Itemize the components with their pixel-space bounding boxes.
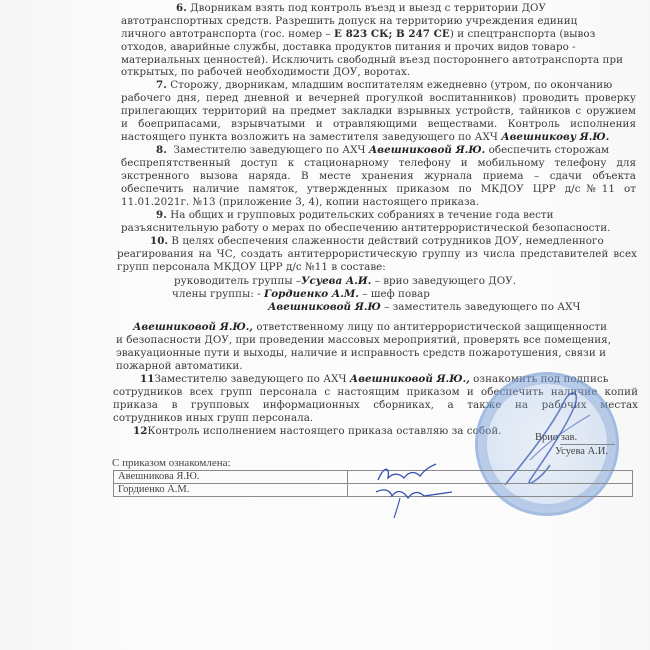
group-member-1: члены группы: - Гордиенко А.М. – шеф пов… — [172, 288, 430, 301]
p11-number: 11 — [140, 373, 154, 385]
p11-line-4: сотрудников иных групп персонала. — [113, 412, 313, 425]
p12-line-1: 12Контроль исполнением настоящего приказ… — [133, 425, 502, 438]
acknowledgement-label: С приказом ознакомлена: — [112, 457, 231, 469]
handwritten-signatures-icon — [370, 462, 460, 522]
p10b-line-1: Авешниковой Я.Ю., ответственному лицу по… — [133, 321, 607, 334]
p7-line-4: и боеприпасами, взрывчатыми и отравляющи… — [121, 118, 636, 131]
signatory-name: Усуева А.И. — [555, 446, 608, 457]
p8-line-2: беспрепятственный доступ к стационарному… — [121, 157, 636, 170]
document-page: 6. Дворникам взять под контроль въезд и … — [0, 0, 650, 650]
p6-line-4: отходов, аварийные службы, доставка прод… — [121, 41, 576, 54]
p7-line-5: настоящего пункта возложить на заместите… — [121, 131, 609, 144]
p8-line-3: экстренного вызова наряда. В месте хране… — [121, 170, 636, 183]
p10b-line-3: эвакуационные пути и выходы, наличие и и… — [116, 347, 606, 360]
p9-line-1: 9. На общих и групповых родительских соб… — [156, 209, 554, 222]
p10b-line-2: и безопасности ДОУ, при проведении массо… — [116, 334, 611, 347]
p7-line-1: 7. Сторожу, дворникам, младшим воспитате… — [156, 79, 612, 92]
p7-line-3: прилегающих территорий на предмет заклад… — [121, 105, 636, 118]
p10-line-1: 10. В целях обеспечения слаженности дейс… — [150, 235, 604, 248]
p10-line-2: реагирования на ЧС, создать антитеррорис… — [117, 248, 637, 261]
p10-line-3: групп персонала МКДОУ ЦРР д/с №11 в сост… — [117, 261, 386, 274]
employee-name: Гордиенко А.М. — [114, 484, 348, 497]
p7-line-2: рабочего дня, перед дневной и вечерней п… — [121, 92, 636, 105]
p8-line-4: обеспечить наличие памяток, утвержденных… — [121, 183, 636, 196]
p9-line-2: разъяснительную работу о мерах по обеспе… — [121, 222, 610, 235]
p9-number: 9. — [156, 209, 167, 221]
signatory-title: Врио зав. — [535, 432, 577, 443]
signature-scribble-icon — [470, 370, 620, 520]
p8-line-5: 11.01.2021г. №13 (приложение 3, 4), копи… — [121, 196, 479, 209]
p6-line-6: открытых, по рабочей необходимости ДОУ, … — [121, 66, 410, 79]
p12-number: 12 — [133, 425, 147, 437]
group-member-2: Авешниковой Я.Ю – заместитель заведующег… — [268, 301, 581, 314]
group-leader: руководитель группы –Усуева А.И. – врио … — [174, 275, 516, 288]
p8-line-1: 8. Заместителю заведующего по АХЧ Авешни… — [156, 144, 609, 157]
responsible-person: Авешникову Я.Ю. — [501, 131, 609, 143]
p6-line-1: 6. Дворникам взять под контроль въезд и … — [176, 2, 546, 15]
p10-number: 10. — [150, 235, 168, 247]
p6-line-2: автотранспортных средств. Разрешить допу… — [121, 15, 577, 28]
p7-number: 7. — [156, 79, 167, 91]
p6-number: 6. — [176, 2, 187, 14]
p8-number: 8. — [156, 144, 167, 156]
p10b-line-4: пожарной автоматики. — [116, 360, 243, 373]
p6-line-3: личного автотранспорта (гос. номер – Е 8… — [121, 28, 595, 41]
license-plates: Е 823 СК; В 247 СЕ — [334, 28, 450, 40]
signature-line — [560, 444, 615, 445]
employee-name: Авешникова Я.Ю. — [114, 471, 348, 484]
